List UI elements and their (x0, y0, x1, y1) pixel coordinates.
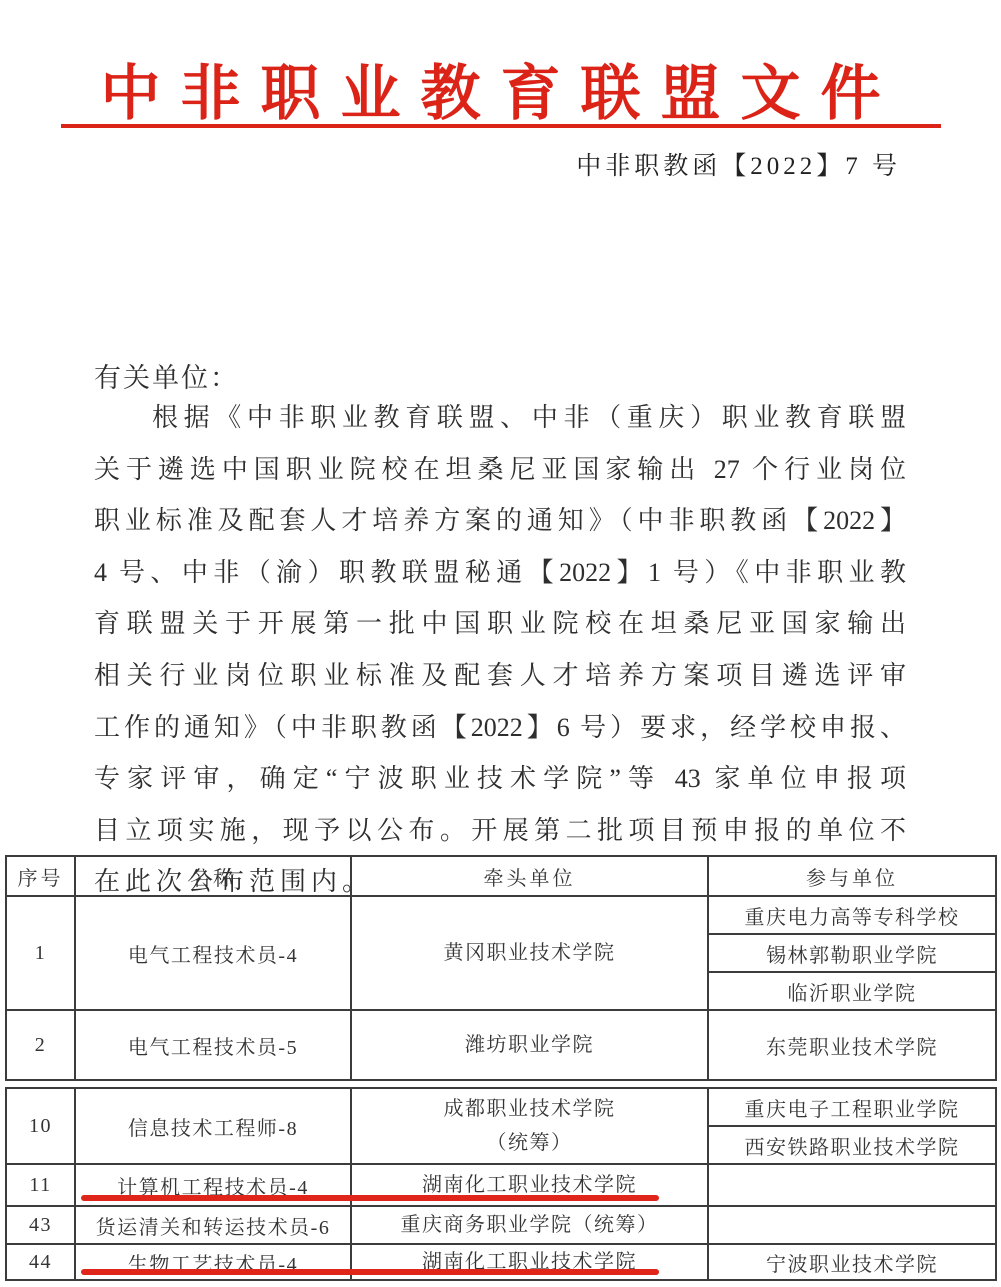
cell-lead-red-underlined: 湖南化工职业技术学院 (351, 1244, 708, 1280)
table-row: 11 计算机工程技术员-4 湖南化工职业技术学院 (6, 1164, 996, 1206)
projects-table: 序号 名称 牵头单位 参与单位 1 电气工程技术员-4 黄冈职业技术学院 重庆电… (5, 855, 995, 1281)
document-number: 中非职教函【2022】7 号 (576, 146, 901, 182)
cell-participant: 重庆电子工程职业学院 (708, 1088, 996, 1126)
cell-lead: 成都职业技术学院 （统筹） (351, 1088, 708, 1164)
cell-no: 11 (6, 1164, 75, 1206)
cell-name-red-underlined: 生物工艺技术员-4 (75, 1244, 351, 1280)
document-page: 中非职业教育联盟文件 中非职教函【2022】7 号 有关单位： 根据《中非职业教… (0, 0, 1001, 1287)
cell-name: 信息技术工程师-8 (75, 1088, 351, 1164)
cell-participant: 锡林郭勒职业学院 (708, 934, 996, 972)
title-double-rule (61, 124, 941, 128)
cell-name: 电气工程技术员-5 (75, 1010, 351, 1080)
table-section-2: 10 信息技术工程师-8 成都职业技术学院 （统筹） 重庆电子工程职业学院 西安… (5, 1087, 997, 1281)
cell-lead: 潍坊职业学院 (351, 1010, 708, 1080)
body-line: 工作的通知》（中非职教函【2022】6 号）要求，经学校申报、 (94, 702, 906, 754)
header-cell-lead: 牵头单位 (351, 856, 708, 896)
table-row: 44 生物工艺技术员-4 湖南化工职业技术学院 宁波职业技术学院 (6, 1244, 996, 1280)
cell-lead: 重庆商务职业学院（统筹） (351, 1206, 708, 1244)
table-row: 10 信息技术工程师-8 成都职业技术学院 （统筹） 重庆电子工程职业学院 (6, 1088, 996, 1126)
header-cell-name: 名称 (75, 856, 351, 896)
table-row: 1 电气工程技术员-4 黄冈职业技术学院 重庆电力高等专科学校 (6, 896, 996, 934)
cell-name: 货运清关和转运技术员-6 (75, 1206, 351, 1244)
document-title: 中非职业教育联盟文件 (0, 46, 1001, 132)
cell-participant: 宁波职业技术学院 (708, 1244, 996, 1280)
table-row: 43 货运清关和转运技术员-6 重庆商务职业学院（统筹） (6, 1206, 996, 1244)
lead-unit: 成都职业技术学院 (354, 1092, 705, 1126)
cell-participant: 西安铁路职业技术学院 (708, 1126, 996, 1164)
table-row: 2 电气工程技术员-5 潍坊职业学院 东莞职业技术学院 (6, 1010, 996, 1080)
cell-no: 2 (6, 1010, 75, 1080)
cell-no: 43 (6, 1206, 75, 1244)
body-line: 关于遴选中国职业院校在坦桑尼亚国家输出 27 个行业岗位 (94, 444, 906, 496)
header-cell-participants: 参与单位 (708, 856, 996, 896)
table-section-1: 序号 名称 牵头单位 参与单位 1 电气工程技术员-4 黄冈职业技术学院 重庆电… (5, 855, 997, 1081)
cell-no: 44 (6, 1244, 75, 1280)
cell-participant: 重庆电力高等专科学校 (708, 896, 996, 934)
body-paragraph: 根据《中非职业教育联盟、中非（重庆）职业教育联盟 关于遴选中国职业院校在坦桑尼亚… (94, 392, 906, 908)
cell-lead: 黄冈职业技术学院 (351, 896, 708, 1010)
lead-unit: 湖南化工职业技术学院 (354, 1168, 705, 1202)
lead-unit: 潍坊职业学院 (354, 1028, 705, 1062)
body-line: 相关行业岗位职业标准及配套人才培养方案项目遴选评审 (94, 650, 906, 702)
cell-lead-red-underlined: 湖南化工职业技术学院 (351, 1164, 708, 1206)
lead-unit-note: （统筹） (354, 1126, 705, 1160)
lead-unit: 湖南化工职业技术学院 (354, 1245, 705, 1279)
cell-participant: 东莞职业技术学院 (708, 1010, 996, 1080)
lead-unit: 黄冈职业技术学院 (354, 936, 705, 970)
table-header-row: 序号 名称 牵头单位 参与单位 (6, 856, 996, 896)
body-line: 专家评审，确定“宁波职业技术学院”等 43 家单位申报项 (94, 753, 906, 805)
cell-no: 10 (6, 1088, 75, 1164)
cell-participant-empty (708, 1164, 996, 1206)
cell-no: 1 (6, 896, 75, 1010)
body-line: 4 号、中非（渝）职教联盟秘通【2022】1 号）《中非职业教 (94, 547, 906, 599)
body-line: 根据《中非职业教育联盟、中非（重庆）职业教育联盟 (94, 392, 906, 444)
body-line: 目立项实施，现予以公布。开展第二批项目预申报的单位不 (94, 805, 906, 857)
cell-name: 电气工程技术员-4 (75, 896, 351, 1010)
body-line: 职业标准及配套人才培养方案的通知》（中非职教函【2022】 (94, 495, 906, 547)
cell-name-red-underlined: 计算机工程技术员-4 (75, 1164, 351, 1206)
lead-unit: 重庆商务职业学院（统筹） (354, 1208, 705, 1242)
body-line: 育联盟关于开展第一批中国职业院校在坦桑尼亚国家输出 (94, 598, 906, 650)
salutation: 有关单位： (94, 356, 239, 395)
header-cell-no: 序号 (6, 856, 75, 896)
cell-participant-empty (708, 1206, 996, 1244)
cell-participant: 临沂职业学院 (708, 972, 996, 1010)
